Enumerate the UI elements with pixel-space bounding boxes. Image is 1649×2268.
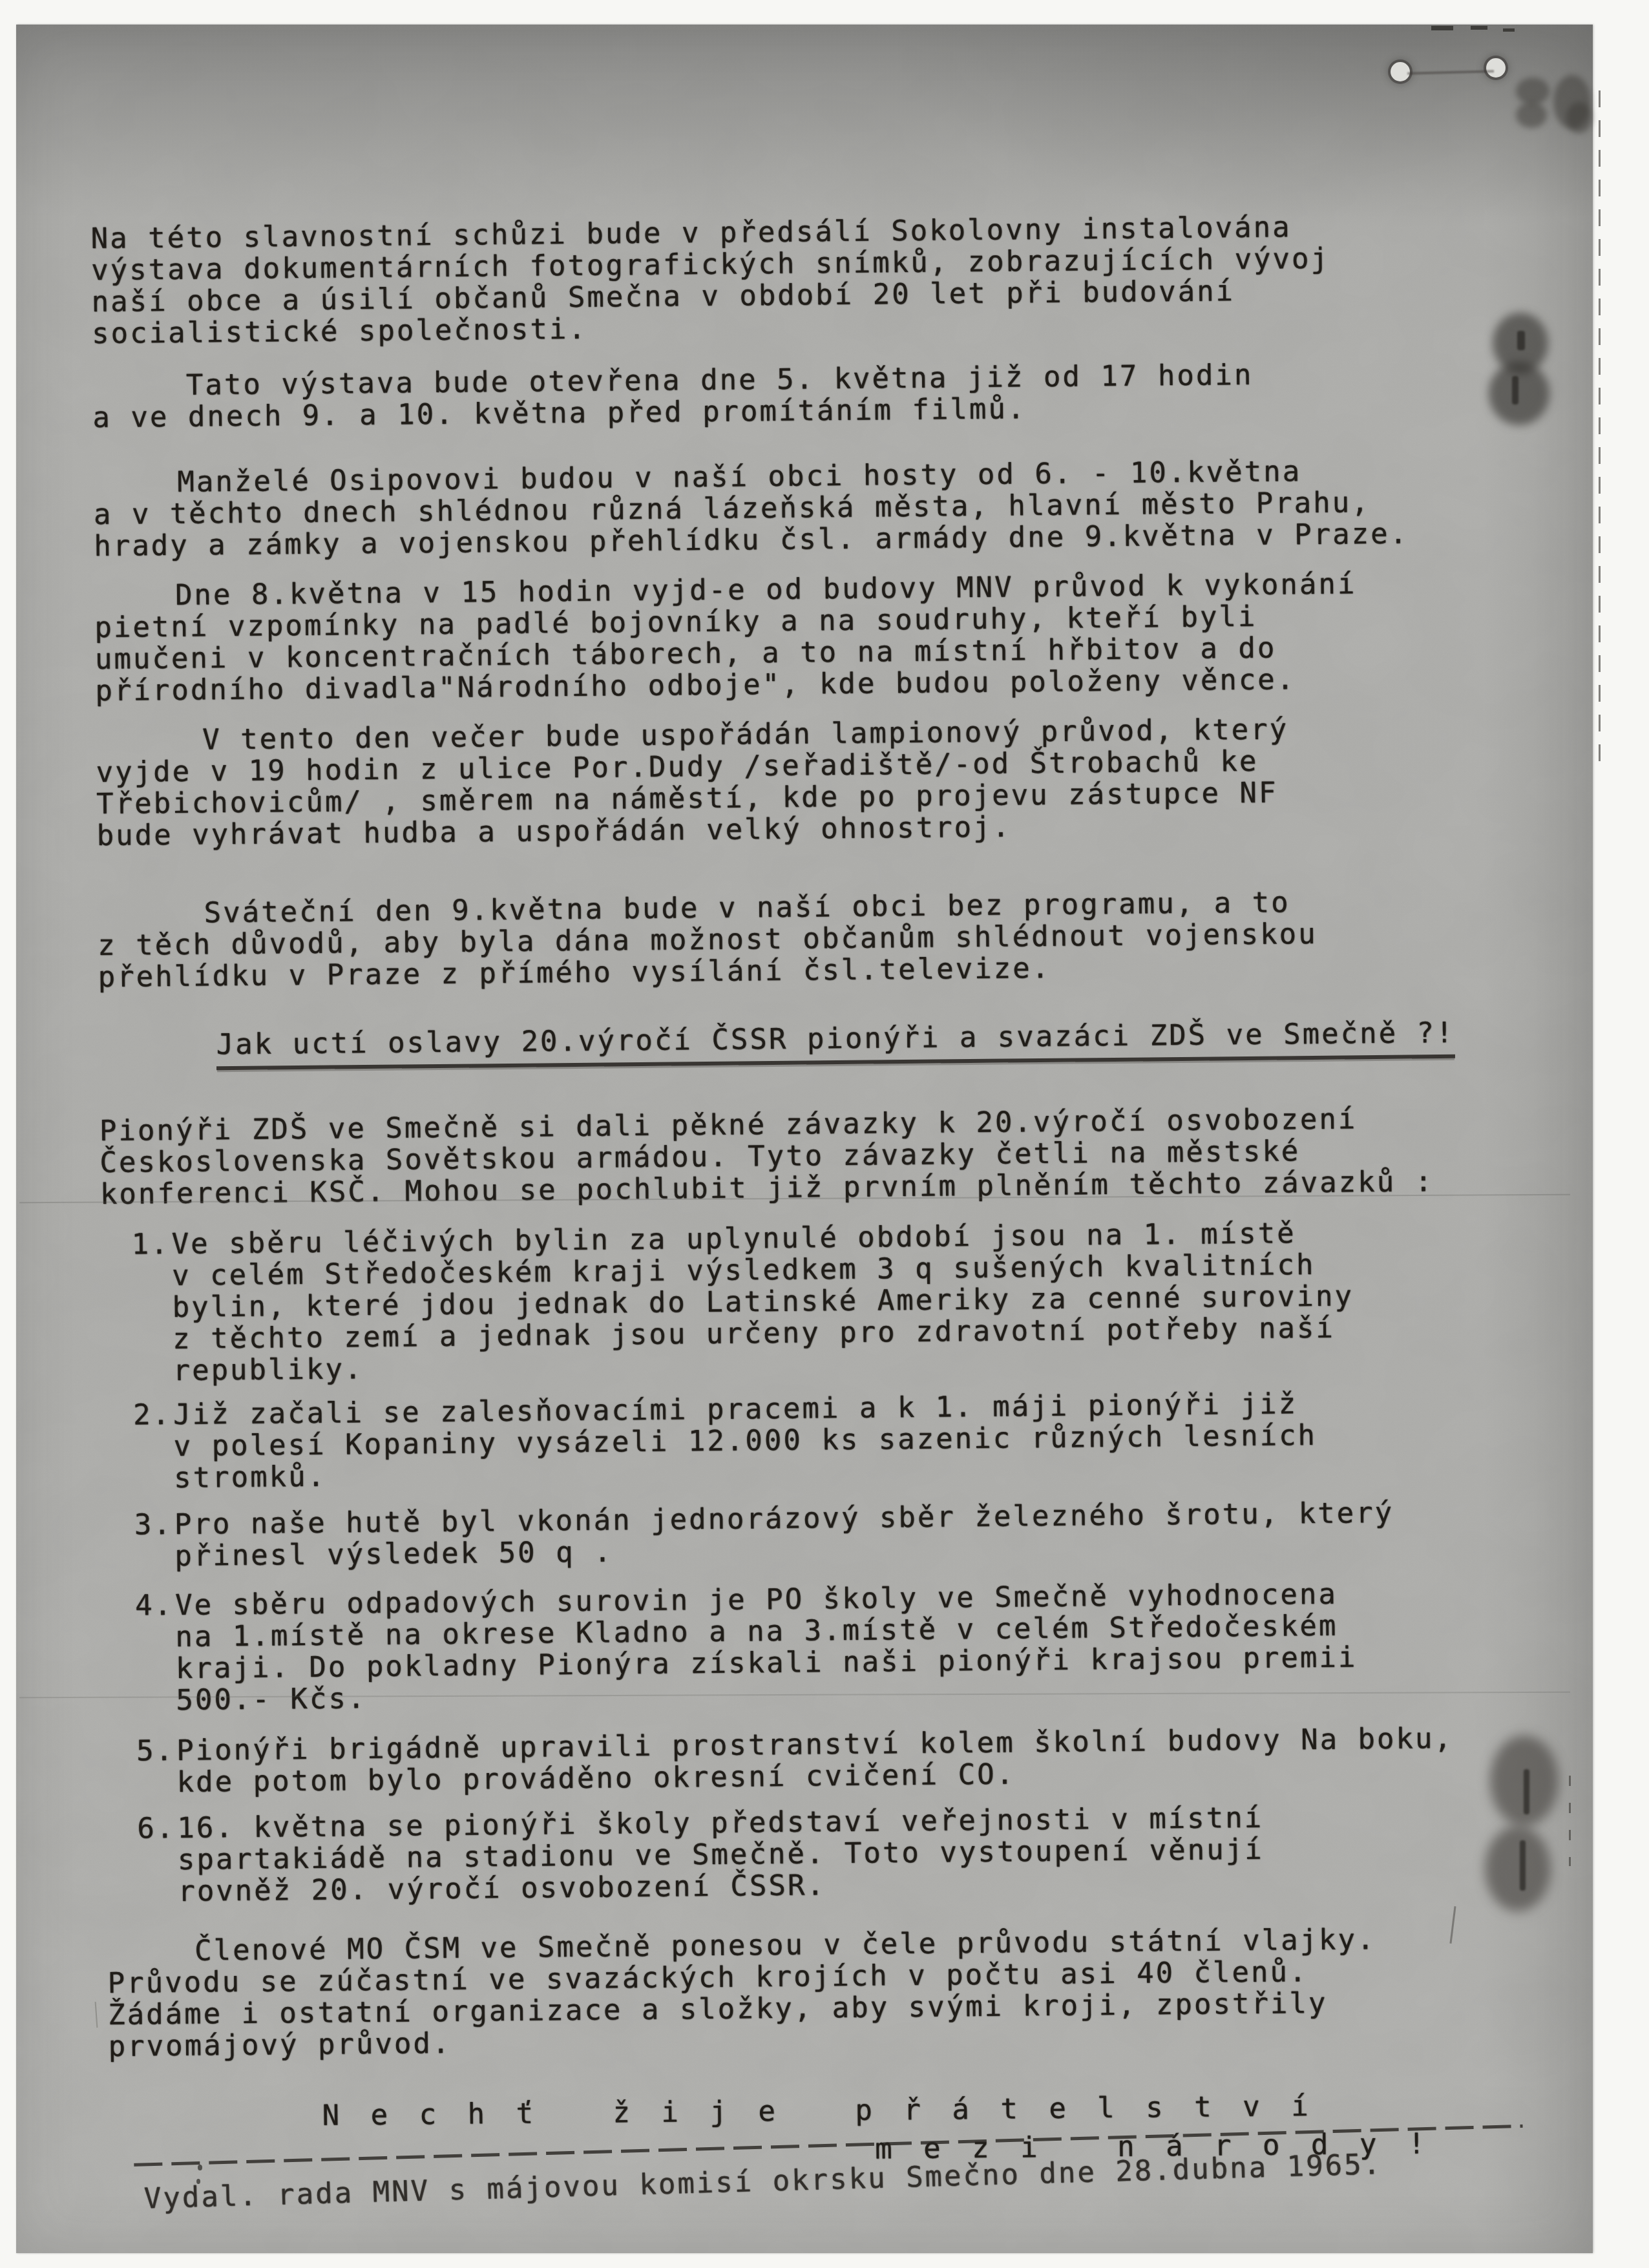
list-item: 1.Ve sběru léčivých bylin za uplynulé ob…	[100, 1215, 1536, 1387]
paragraph: Na této slavnostní schůzi bude v předsál…	[90, 209, 1526, 350]
ink-speck	[198, 2165, 202, 2170]
text-flow: Na této slavnostní schůzi bude v předsál…	[90, 209, 1544, 2176]
list-item-number: 1.	[131, 1228, 169, 1261]
top-edge-mark	[1471, 26, 1487, 30]
fold-dash-line	[1569, 1776, 1571, 1866]
fold-dash-line	[1599, 90, 1601, 769]
paragraph: Sváteční den 9.května bude v naší obci b…	[97, 885, 1532, 993]
ink-blob	[1485, 1826, 1551, 1911]
paragraph: Manželé Osipovovi budou v naší obci host…	[93, 454, 1528, 562]
list-item-number: 2.	[133, 1399, 171, 1431]
paragraph: Členové MO ČSM ve Smečně ponesou v čele …	[107, 1922, 1543, 2063]
top-edge-mark	[1431, 26, 1453, 30]
list-item: 5.Pionýři brigádně upravili prostranství…	[105, 1722, 1540, 1799]
ink-blob-core	[1520, 1840, 1526, 1891]
list-item-number: 4.	[135, 1590, 173, 1622]
list-item-number: 6.	[137, 1812, 175, 1845]
staple-hole-right	[1486, 58, 1506, 78]
top-edge-mark	[1503, 28, 1515, 32]
list-item-number: 5.	[136, 1735, 174, 1767]
ink-blob	[1489, 362, 1549, 425]
list-item: 3.Pro naše hutě byl vkonán jednorázový s…	[103, 1496, 1539, 1573]
ink-blob	[1566, 102, 1592, 133]
paragraph: Dne 8.května v 15 hodin vyjd-e od budovy…	[94, 567, 1530, 707]
ink-blob	[1516, 102, 1547, 128]
paragraph: V tento den večer bude uspořádán lampion…	[96, 711, 1531, 852]
list-item: 2.Již začali se zalesňovacími pracemi a …	[102, 1386, 1537, 1495]
ink-blob	[1516, 78, 1549, 105]
ink-blob-core	[1524, 1769, 1529, 1814]
list-item-number: 3.	[134, 1509, 173, 1541]
section-heading: Jak uctí oslavy 20.výročí ČSSR pionýři a…	[98, 1016, 1533, 1071]
section-heading-text: Jak uctí oslavy 20.výročí ČSSR pionýři a…	[216, 1017, 1455, 1070]
paragraph: Pionýři ZDŠ ve Smečně si dali pěkné záva…	[100, 1102, 1535, 1210]
ink-blob-core	[1517, 331, 1525, 350]
ink-blob-core	[1512, 376, 1518, 404]
list-item: 6.16. května se pionýři školy představí …	[106, 1800, 1541, 1908]
paragraph: Tato výstava bude otevřena dne 5. května…	[92, 357, 1528, 434]
ink-speck	[196, 2179, 200, 2184]
